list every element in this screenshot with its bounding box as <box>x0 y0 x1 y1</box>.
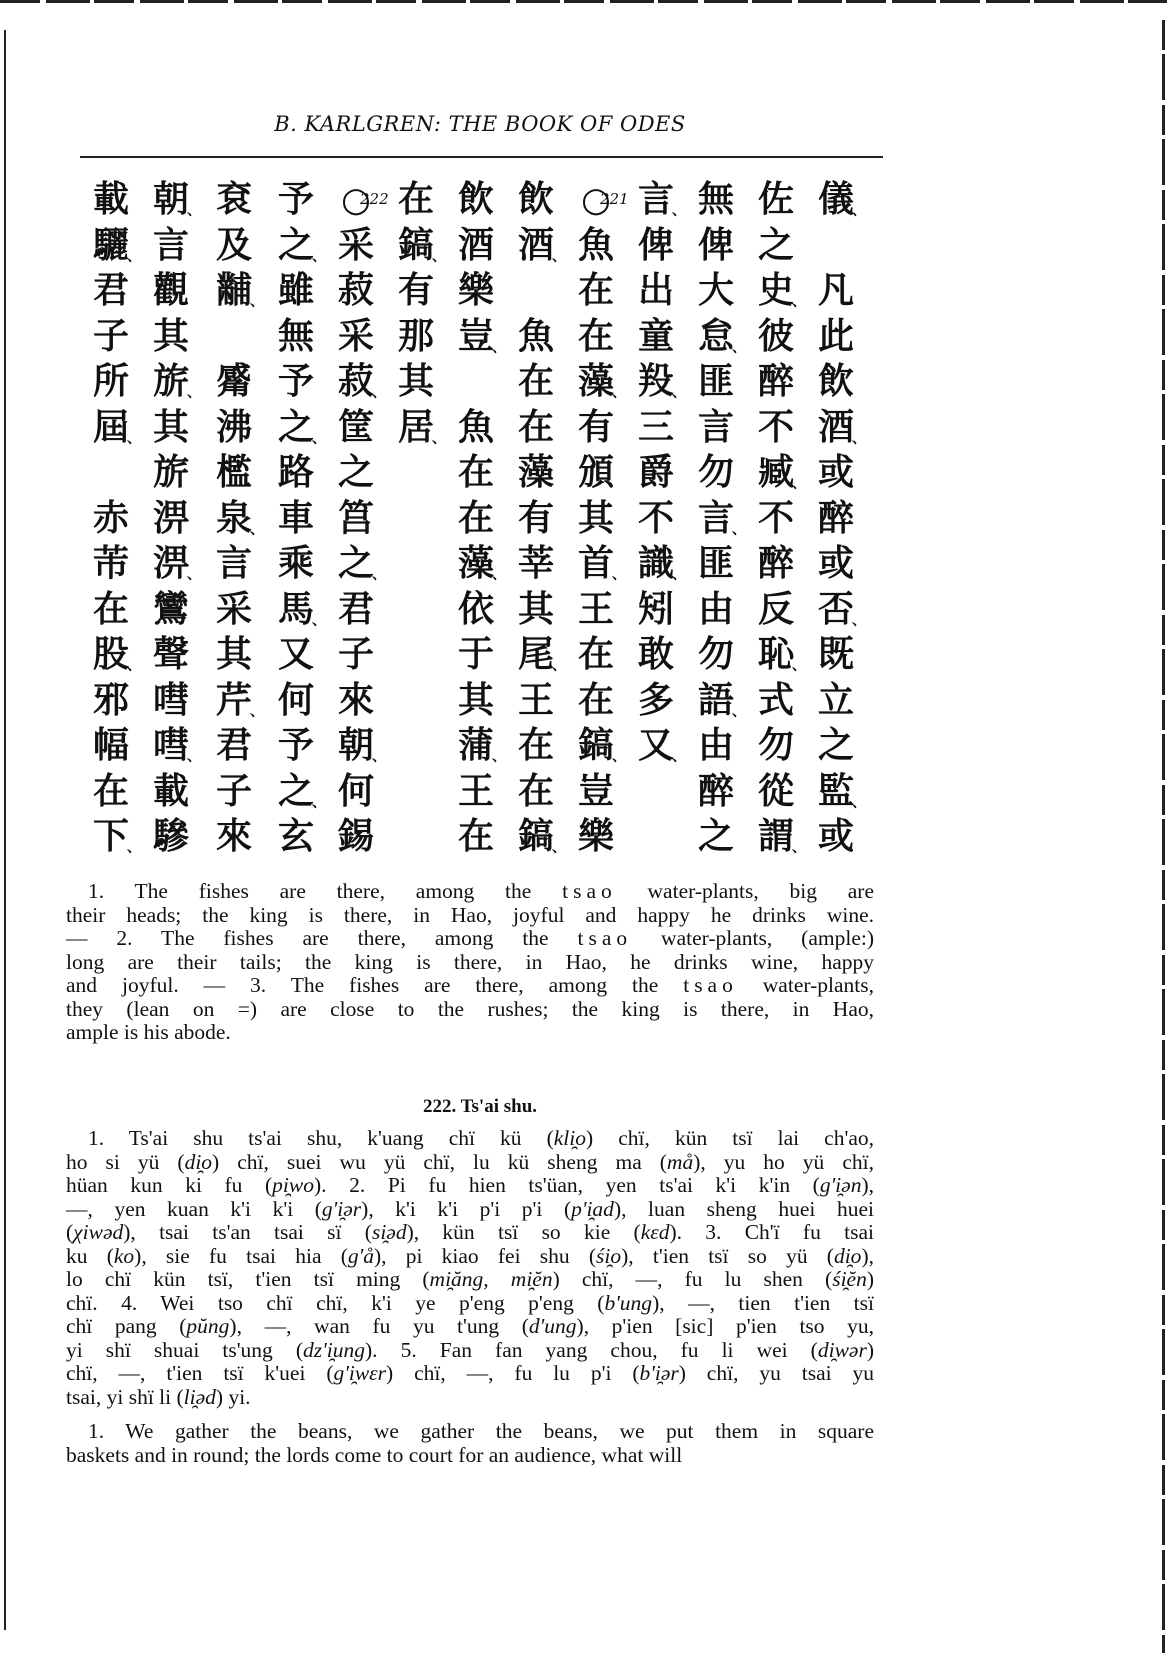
text-line: baskets and in round; the lords come to … <box>66 1444 874 1468</box>
chinese-char: 聲 <box>145 633 197 677</box>
transcription-ode-222: 1. Ts'ai shu ts'ai shu, k'uang chï kü (k… <box>66 1127 874 1409</box>
chinese-char: 大 <box>690 269 742 313</box>
translation-ode-221: 1. The fishes are there, among the tsao … <box>66 880 874 1045</box>
ode-number-annotation: 222 <box>360 190 389 208</box>
chinese-char: 所 <box>85 360 137 404</box>
chinese-char: 玄 <box>270 815 322 859</box>
chinese-char: 不 <box>630 497 682 541</box>
chinese-char: 醉 <box>810 497 862 541</box>
chinese-char: 沸 <box>208 406 260 450</box>
punctuation-mark: 、 <box>852 200 866 220</box>
chinese-char: 俾 <box>630 224 682 268</box>
punctuation-mark: 、 <box>127 837 141 857</box>
chinese-char: 藻 <box>510 451 562 495</box>
chinese-char: 其 <box>145 315 197 359</box>
punctuation-mark: 、 <box>852 428 866 448</box>
chinese-char: 觱 <box>208 360 260 404</box>
chinese-char: 君 <box>85 269 137 313</box>
punctuation-mark: 、 <box>672 746 686 766</box>
chinese-char: 反 <box>750 588 802 632</box>
chinese-char: 予 <box>270 178 322 222</box>
text-line: chï, —, t'ien tsï k'uei (g'i̯wεr) chï, —… <box>66 1362 874 1386</box>
chinese-char: 樂 <box>570 815 622 859</box>
text-line: 1. We gather the beans, we gather the be… <box>66 1420 874 1444</box>
punctuation-mark: 、 <box>432 246 446 266</box>
chinese-char: 檻 <box>208 451 260 495</box>
chinese-char: 車 <box>270 497 322 541</box>
chinese-char: 子 <box>208 770 260 814</box>
punctuation-mark: 、 <box>492 746 506 766</box>
chinese-char: 在 <box>570 269 622 313</box>
text-line: chï. 4. Wei tso chï chï, k'i ye p'eng p'… <box>66 1292 874 1316</box>
scan-border-top <box>0 0 1167 3</box>
chinese-char: 赤 <box>85 497 137 541</box>
chinese-char: 在 <box>450 497 502 541</box>
chinese-char: 既 <box>810 633 862 677</box>
chinese-char: 或 <box>810 451 862 495</box>
chinese-char: 何 <box>270 679 322 723</box>
chinese-char: 在 <box>570 679 622 723</box>
chinese-char: 言 <box>145 224 197 268</box>
chinese-char: 或 <box>810 542 862 586</box>
chinese-char: 匪 <box>690 360 742 404</box>
chinese-char: 鸞 <box>145 588 197 632</box>
text-line: long are their tails; the king is there,… <box>66 951 874 975</box>
text-line: lo chï kün tsï, t'ien tsï ming (mi̯ăng, … <box>66 1268 874 1292</box>
chinese-char: 有 <box>390 269 442 313</box>
punctuation-mark: 、 <box>127 428 141 448</box>
chinese-char: 采 <box>330 224 382 268</box>
chinese-char: 那 <box>390 315 442 359</box>
chinese-char <box>390 633 442 677</box>
chinese-char: 言 <box>690 406 742 450</box>
chinese-char <box>510 269 562 313</box>
chinese-char <box>390 770 442 814</box>
ode-number-annotation: 221 <box>600 190 629 208</box>
chinese-char: 邪 <box>85 679 137 723</box>
punctuation-mark: 、 <box>732 701 746 721</box>
running-header: B. KARLGREN: THE BOOK OF ODES <box>80 112 880 136</box>
chinese-char <box>390 497 442 541</box>
punctuation-mark: 、 <box>312 428 326 448</box>
punctuation-mark: 、 <box>732 519 746 539</box>
chinese-char: 于 <box>450 633 502 677</box>
chinese-char: 芾 <box>85 542 137 586</box>
chinese-char: 童 <box>630 315 682 359</box>
chinese-char: 魚 <box>570 224 622 268</box>
spaced-term: tsao <box>683 973 738 997</box>
chinese-char: 三 <box>630 406 682 450</box>
chinese-char: 在 <box>510 724 562 768</box>
chinese-char: 不 <box>750 497 802 541</box>
text-line: yi shï shuai ts'ung (dz'i̯ung). 5. Fan f… <box>66 1339 874 1363</box>
chinese-char: 彼 <box>750 315 802 359</box>
text-line: their heads; the king is there, in Hao, … <box>66 904 874 928</box>
punctuation-mark: 、 <box>372 382 386 402</box>
chinese-char: 頒 <box>570 451 622 495</box>
chinese-char: 醉 <box>750 542 802 586</box>
chinese-char: 何 <box>330 770 382 814</box>
chinese-char: 勿 <box>750 724 802 768</box>
chinese-char: 或 <box>810 815 862 859</box>
chinese-char: 路 <box>270 451 322 495</box>
punctuation-mark: 、 <box>792 291 806 311</box>
chinese-char: 多 <box>630 679 682 723</box>
spaced-term: tsao <box>562 879 617 903</box>
chinese-char: 君 <box>330 588 382 632</box>
punctuation-mark: 、 <box>250 291 264 311</box>
chinese-char: 之 <box>690 815 742 859</box>
header-rule <box>80 156 883 158</box>
chinese-char: 王 <box>570 588 622 632</box>
text-line: and joyful. — 3. The fishes are there, a… <box>66 974 874 998</box>
scan-border-right <box>1162 20 1165 1653</box>
chinese-char: 出 <box>630 269 682 313</box>
chinese-char: 從 <box>750 770 802 814</box>
punctuation-mark: 、 <box>792 655 806 675</box>
chinese-char <box>390 588 442 632</box>
chinese-char: 之 <box>330 451 382 495</box>
chinese-char: 在 <box>510 770 562 814</box>
punctuation-mark: 、 <box>612 564 626 584</box>
text-line: ho si yü (di̯o) chï, suei wu yü chï, lu … <box>66 1151 874 1175</box>
punctuation-mark: 、 <box>852 610 866 630</box>
punctuation-mark: 、 <box>127 246 141 266</box>
punctuation-mark: 、 <box>552 246 566 266</box>
punctuation-mark: 、 <box>187 746 201 766</box>
chinese-char: 袞 <box>208 178 260 222</box>
chinese-char: 爵 <box>630 451 682 495</box>
chinese-char <box>630 815 682 859</box>
chinese-char: 有 <box>510 497 562 541</box>
chinese-char: 勿 <box>690 451 742 495</box>
chinese-char: 式 <box>750 679 802 723</box>
chinese-char: 子 <box>85 315 137 359</box>
chinese-char: 載 <box>85 178 137 222</box>
chinese-char <box>390 542 442 586</box>
chinese-char: 豈 <box>570 770 622 814</box>
chinese-char: 言 <box>208 542 260 586</box>
text-line: chï pang (pŭng), —, wan fu yu t'ung (d'u… <box>66 1315 874 1339</box>
chinese-char: 之 <box>750 224 802 268</box>
text-line: 1. Ts'ai shu ts'ai shu, k'uang chï kü (k… <box>66 1127 874 1151</box>
chinese-char: 佐 <box>750 178 802 222</box>
chinese-char: 又 <box>270 633 322 677</box>
chinese-char: 醉 <box>750 360 802 404</box>
punctuation-mark: 、 <box>312 610 326 630</box>
chinese-char: 無 <box>690 178 742 222</box>
chinese-char: 雖 <box>270 269 322 313</box>
chinese-char: 其 <box>145 406 197 450</box>
chinese-char: 觀 <box>145 269 197 313</box>
chinese-char: 魚 <box>510 315 562 359</box>
chinese-char: 及 <box>208 224 260 268</box>
chinese-char: 幅 <box>85 724 137 768</box>
chinese-char: 其 <box>570 497 622 541</box>
text-line: hüan kun ki fu (pi̯wo). 2. Pi fu hien ts… <box>66 1174 874 1198</box>
chinese-char: 矧 <box>630 588 682 632</box>
chinese-char <box>208 315 260 359</box>
chinese-char: 在 <box>450 451 502 495</box>
punctuation-mark: 、 <box>312 246 326 266</box>
chinese-char: 匪 <box>690 542 742 586</box>
chinese-char: 予 <box>270 360 322 404</box>
chinese-char: 載 <box>145 770 197 814</box>
chinese-char: 飲 <box>810 360 862 404</box>
punctuation-mark: 、 <box>250 519 264 539</box>
chinese-char: 魚 <box>450 406 502 450</box>
text-line: they (lean on =) are close to the rushes… <box>66 998 874 1022</box>
chinese-text-block: 載驪、君子所屆、赤芾在股、邪幅在下、朝、言觀其旂、其旂淠淠、鸞聲嘒嘒、載驂袞及黼… <box>80 178 880 858</box>
chinese-char: 在 <box>85 588 137 632</box>
punctuation-mark: 、 <box>612 382 626 402</box>
chinese-char: 無 <box>270 315 322 359</box>
chinese-char: 在 <box>450 815 502 859</box>
chinese-char: 菽 <box>330 269 382 313</box>
punctuation-mark: 、 <box>672 200 686 220</box>
chinese-char: 筐 <box>330 406 382 450</box>
chinese-char: 來 <box>208 815 260 859</box>
chinese-char: 王 <box>510 679 562 723</box>
chinese-char: 來 <box>330 679 382 723</box>
text-line: — 2. The fishes are there, among the tsa… <box>66 927 874 951</box>
chinese-char: 乘 <box>270 542 322 586</box>
chinese-char: 其 <box>208 633 260 677</box>
punctuation-mark: 、 <box>432 428 446 448</box>
chinese-char: 敢 <box>630 633 682 677</box>
chinese-char: 之 <box>810 724 862 768</box>
punctuation-mark: 、 <box>187 200 201 220</box>
chinese-char: 在 <box>570 315 622 359</box>
chinese-char <box>85 451 137 495</box>
chinese-char: 采 <box>208 588 260 632</box>
chinese-char: 王 <box>450 770 502 814</box>
punctuation-mark: 、 <box>552 655 566 675</box>
punctuation-mark: 、 <box>612 746 626 766</box>
punctuation-mark: 、 <box>732 337 746 357</box>
chinese-char: 嘒 <box>145 679 197 723</box>
chinese-char: 俾 <box>690 224 742 268</box>
punctuation-mark: 、 <box>852 792 866 812</box>
chinese-char: 在 <box>85 770 137 814</box>
punctuation-mark: 、 <box>792 837 806 857</box>
chinese-char <box>390 451 442 495</box>
punctuation-mark: 、 <box>312 792 326 812</box>
chinese-char: 在 <box>510 360 562 404</box>
chinese-char: 子 <box>330 633 382 677</box>
chinese-char: 由 <box>690 588 742 632</box>
text-line: (χiwəd), tsai ts'an tsai sï (si̯əd), kün… <box>66 1221 874 1245</box>
chinese-char: 其 <box>390 360 442 404</box>
chinese-char: 旂 <box>145 451 197 495</box>
punctuation-mark: 、 <box>250 701 264 721</box>
chinese-char: 淠 <box>145 497 197 541</box>
chinese-char: 驂 <box>145 815 197 859</box>
text-line: ku (ko), sie fu tsai hia (g'å), pi kiao … <box>66 1245 874 1269</box>
chinese-char: 莘 <box>510 542 562 586</box>
punctuation-mark: 、 <box>492 564 506 584</box>
chinese-char: 有 <box>570 406 622 450</box>
text-line: 1. The fishes are there, among the tsao … <box>66 880 874 904</box>
punctuation-mark: 、 <box>187 564 201 584</box>
chinese-char: 飲 <box>450 178 502 222</box>
punctuation-mark: 、 <box>372 746 386 766</box>
text-line: —, yen kuan k'i k'i (g'i̯ər), k'i k'i p'… <box>66 1198 874 1222</box>
translation-ode-222: 1. We gather the beans, we gather the be… <box>66 1420 874 1467</box>
punctuation-mark: 、 <box>127 655 141 675</box>
chinese-char: 醉 <box>690 770 742 814</box>
chinese-char: 依 <box>450 588 502 632</box>
chinese-char: 由 <box>690 724 742 768</box>
scan-border-left <box>4 30 6 1630</box>
chinese-char: 筥 <box>330 497 382 541</box>
text-line: ample is his abode. <box>66 1021 874 1045</box>
chinese-char <box>450 360 502 404</box>
chinese-char: 樂 <box>450 269 502 313</box>
spaced-term: tsao <box>578 926 633 950</box>
chinese-char: 予 <box>270 724 322 768</box>
chinese-char <box>630 770 682 814</box>
chinese-char: 其 <box>450 679 502 723</box>
chinese-char: 飲 <box>510 178 562 222</box>
chinese-char: 酒 <box>450 224 502 268</box>
chinese-char: 不 <box>750 406 802 450</box>
chinese-char: 采 <box>330 315 382 359</box>
punctuation-mark: 、 <box>492 337 506 357</box>
punctuation-mark: 、 <box>552 837 566 857</box>
chinese-char: 在 <box>390 178 442 222</box>
text-line: tsai, yi shï li (li̯əd) yi. <box>66 1386 874 1410</box>
chinese-char <box>390 724 442 768</box>
chinese-char: 此 <box>810 315 862 359</box>
chinese-char: 凡 <box>810 269 862 313</box>
chinese-char: 勿 <box>690 633 742 677</box>
chinese-char <box>810 224 862 268</box>
chinese-char: 在 <box>570 633 622 677</box>
punctuation-mark: 、 <box>187 382 201 402</box>
chinese-char: 其 <box>510 588 562 632</box>
punctuation-mark: 、 <box>672 382 686 402</box>
punctuation-mark: 、 <box>672 564 686 584</box>
chinese-char: 錫 <box>330 815 382 859</box>
chinese-char: 君 <box>208 724 260 768</box>
section-title-222: 222. Ts'ai shu. <box>80 1096 880 1118</box>
chinese-char <box>390 679 442 723</box>
chinese-char: 在 <box>510 406 562 450</box>
chinese-char <box>390 815 442 859</box>
punctuation-mark: 、 <box>372 564 386 584</box>
chinese-char: 立 <box>810 679 862 723</box>
punctuation-mark: 、 <box>792 473 806 493</box>
